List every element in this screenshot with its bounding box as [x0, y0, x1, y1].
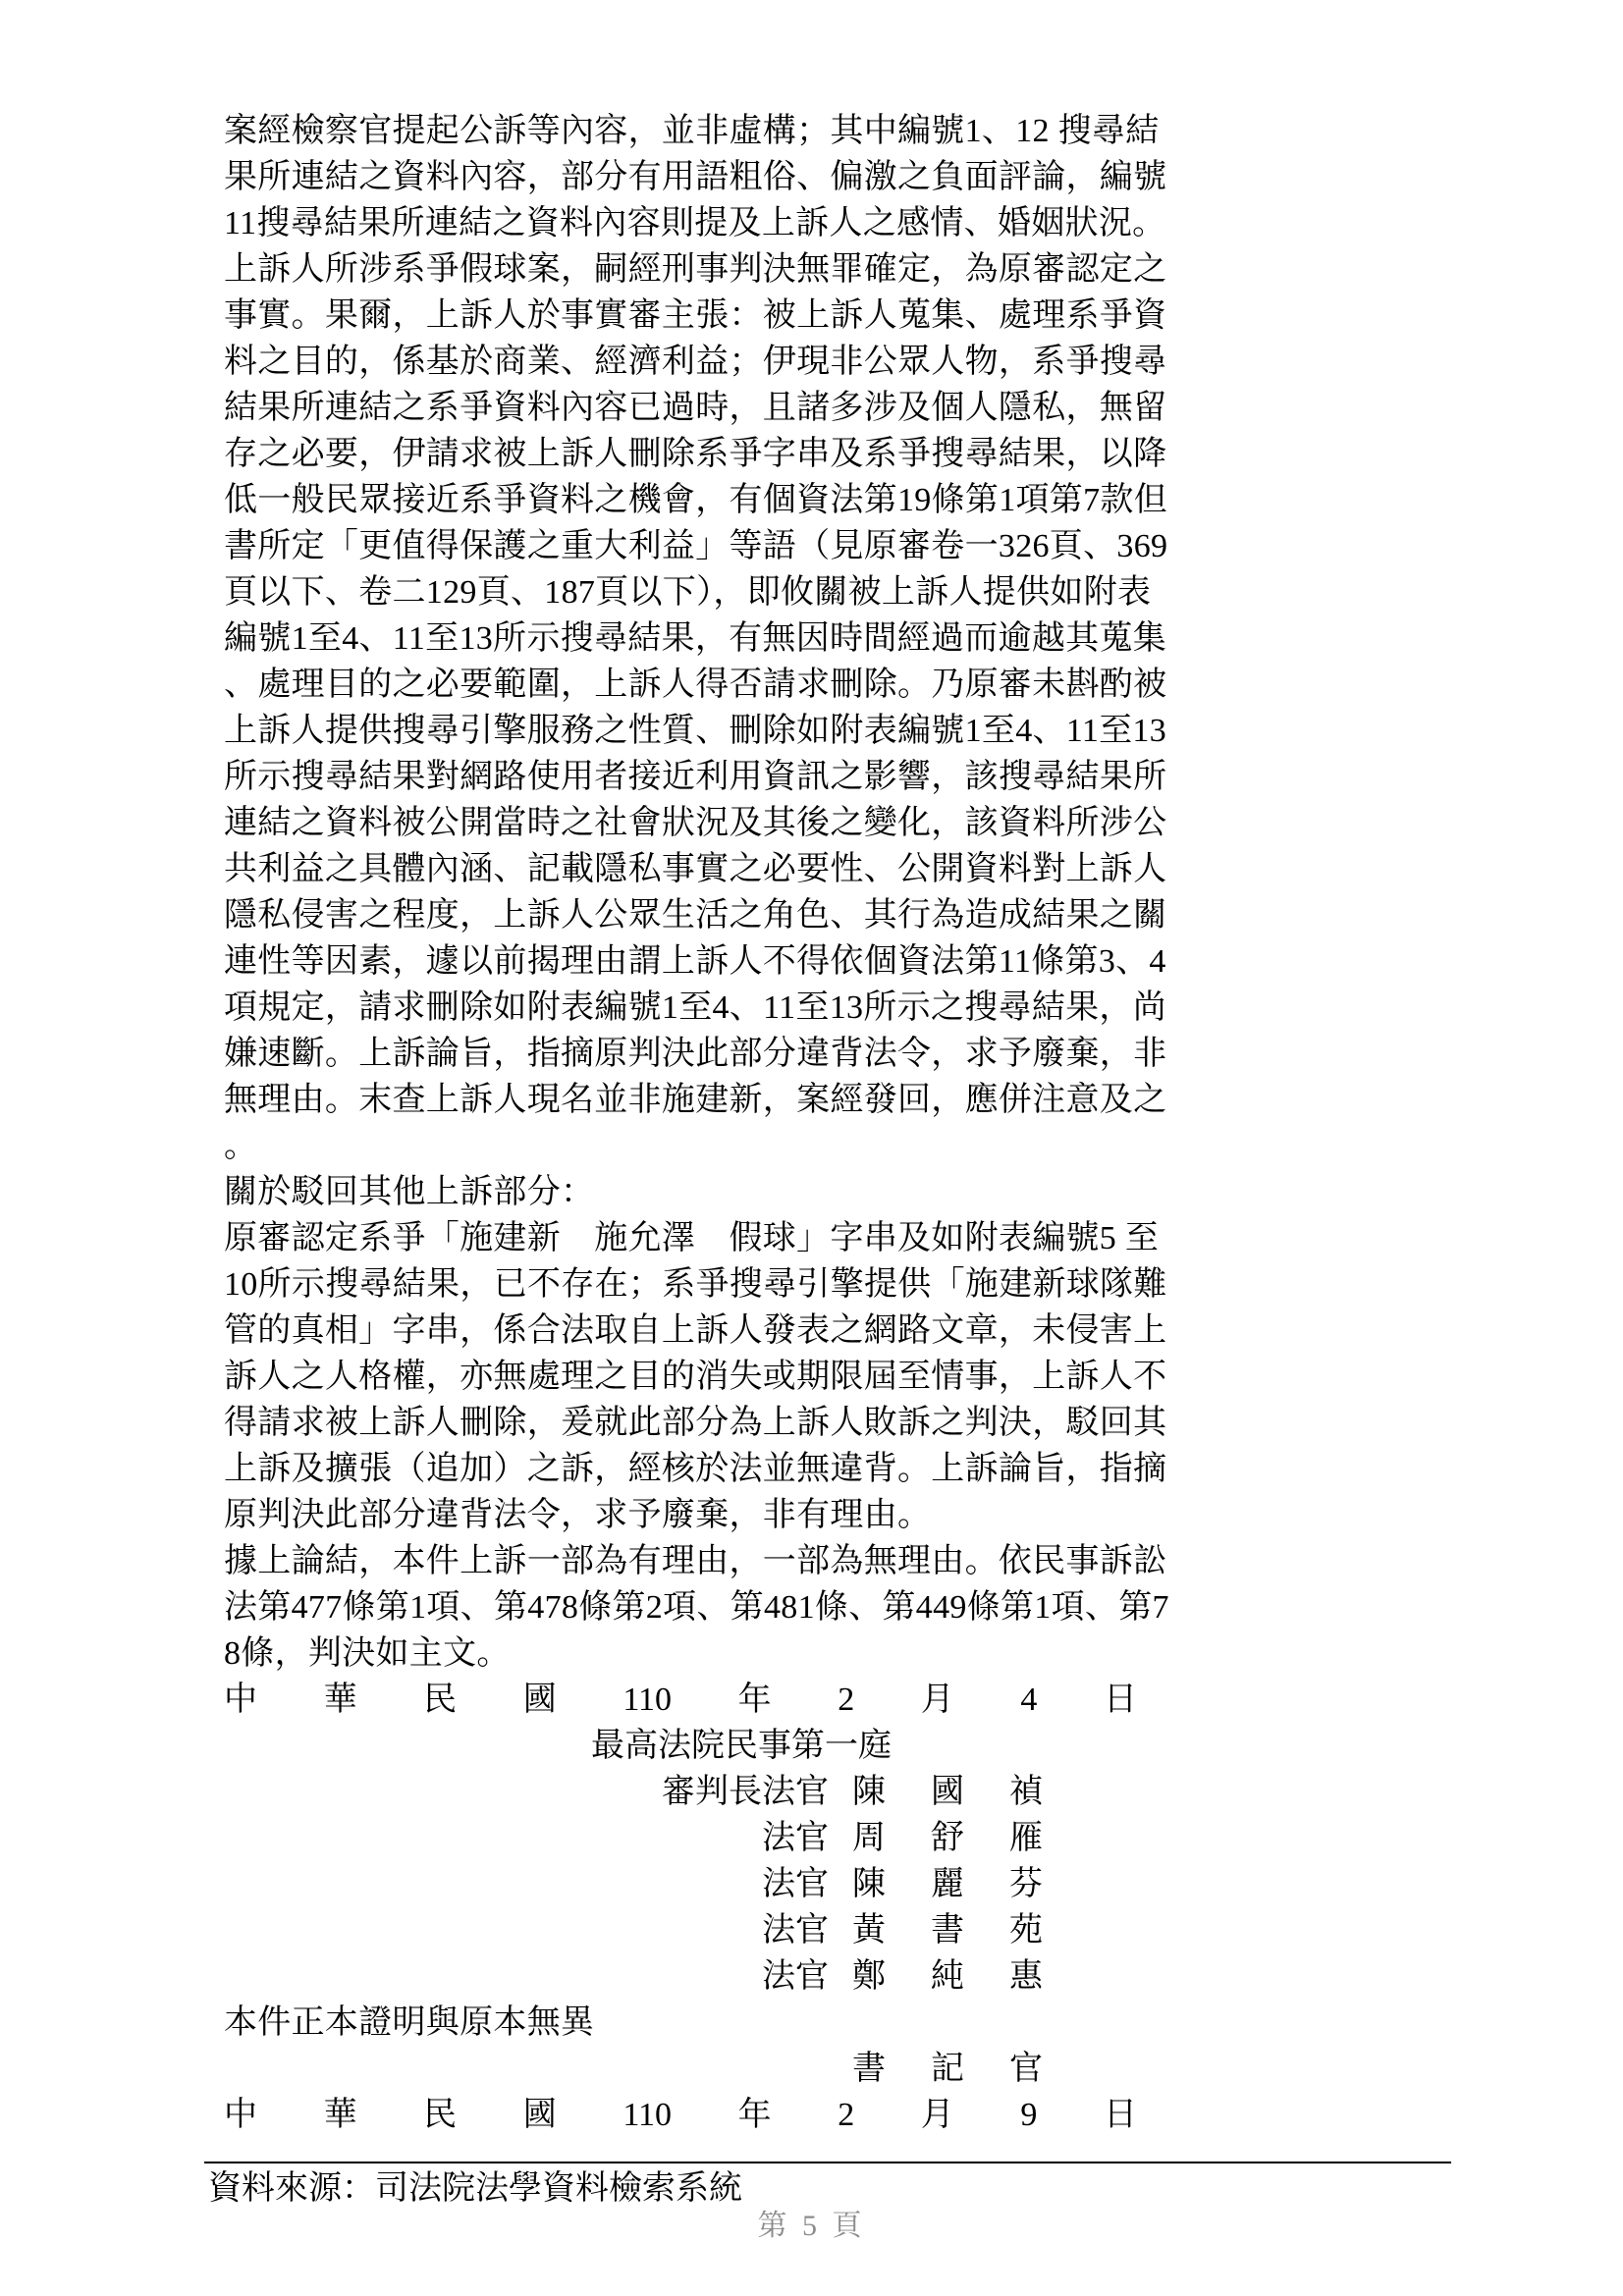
- court-name: 最高法院民事第一庭: [224, 1723, 1166, 1769]
- judge-name-char: 陳: [852, 1861, 886, 1907]
- judge-signature: 法官 陳 麗 芬: [224, 1861, 1166, 1907]
- date-token: 110: [622, 2092, 672, 2138]
- text-line: 管的真相」字串，係合法取自上訴人發表之網路文章，未侵害上: [224, 1308, 1166, 1354]
- judge-role: 法官: [224, 1861, 829, 1907]
- text-line: 頁以下、卷二129頁、187頁以下），即攸關被上訴人提供如附表: [224, 569, 1166, 615]
- text-line: 連性等因素，遽以前揭理由謂上訴人不得依個資法第11條第3、4: [224, 938, 1166, 985]
- text-line: 存之必要，伊請求被上訴人刪除系爭字串及系爭搜尋結果，以降: [224, 431, 1166, 477]
- judge-name-char: 舒: [931, 1815, 964, 1861]
- date-token: 華: [324, 2092, 357, 2138]
- judge-role: 審判長法官: [224, 1769, 829, 1815]
- judgment-date-line: 中 華 民 國 110 年 2 月 4 日: [224, 1677, 1137, 1723]
- text-line: 事實。果爾，上訴人於事實審主張：被上訴人蒐集、處理系爭資: [224, 293, 1166, 339]
- date-token: 年: [738, 2092, 772, 2138]
- date-token: 年: [738, 1677, 772, 1723]
- text-line: 原判決此部分違背法令，求予廢棄，非有理由。: [224, 1492, 1166, 1538]
- service-date-line: 中 華 民 國 110 年 2 月 9 日: [224, 2092, 1137, 2138]
- text-line: 隱私侵害之程度，上訴人公眾生活之角色、其行為造成結果之關: [224, 892, 1166, 938]
- text-line: 法第477條第1項、第478條第2項、第481條、第449條第1項、第7: [224, 1584, 1166, 1630]
- text-line: 11搜尋結果所連結之資料內容則提及上訴人之感情、婚姻狀況。: [224, 200, 1166, 246]
- judge-name-char: 陳: [852, 1769, 886, 1815]
- clerk-title-char: 官: [1009, 2046, 1043, 2092]
- clerk-title-char: 記: [931, 2046, 964, 2092]
- page-number: 第 5 頁: [0, 2207, 1623, 2246]
- judge-name-char: 鄭: [852, 1953, 886, 2000]
- judgment-body: 案經檢察官提起公訴等內容，並非虛構；其中編號1、12 搜尋結 果所連結之資料內容…: [224, 108, 1166, 2138]
- judge-name-char: 雁: [1009, 1815, 1043, 1861]
- date-token: 華: [324, 1677, 357, 1723]
- text-line: 上訴人提供搜尋引擎服務之性質、刪除如附表編號1至4、11至13: [224, 708, 1166, 754]
- date-token: 民: [423, 2092, 457, 2138]
- date-token: 4: [1020, 1677, 1037, 1723]
- judge-name-char: 麗: [931, 1861, 964, 1907]
- judge-name-char: 芬: [1009, 1861, 1043, 1907]
- judge-signature: 法官 黃 書 苑: [224, 1907, 1166, 1953]
- judge-name-char: 黃: [852, 1907, 886, 1953]
- judge-signature: 法官 鄭 純 惠: [224, 1953, 1166, 2000]
- judge-role: 法官: [224, 1815, 829, 1861]
- text-line: 8條，判決如主文。: [224, 1630, 1166, 1677]
- text-line: 上訴人所涉系爭假球案，嗣經刑事判決無罪確定，為原審認定之: [224, 246, 1166, 293]
- text-line: 編號1至4、11至13所示搜尋結果，有無因時間經過而逾越其蒐集: [224, 615, 1166, 662]
- text-line: 訴人之人格權，亦無處理之目的消失或期限屆至情事，上訴人不: [224, 1354, 1166, 1400]
- judge-name-char: 苑: [1009, 1907, 1043, 1953]
- section-heading-line: 關於駁回其他上訴部分：: [224, 1169, 1166, 1215]
- judge-signature: 法官 周 舒 雁: [224, 1815, 1166, 1861]
- date-token: 日: [1104, 2092, 1137, 2138]
- judge-name-char: 周: [852, 1815, 886, 1861]
- judge-name-char: 惠: [1009, 1953, 1043, 2000]
- text-line: 連結之資料被公開當時之社會狀況及其後之變化，該資料所涉公: [224, 800, 1166, 846]
- date-token: 110: [622, 1677, 672, 1723]
- text-line: 。: [224, 1123, 1166, 1169]
- text-line: 書所定「更值得保護之重大利益」等語（見原審卷一326頁、369: [224, 523, 1166, 569]
- date-token: 國: [523, 2092, 557, 2138]
- text-line: 料之目的，係基於商業、經濟利益；伊現非公眾人物，系爭搜尋: [224, 339, 1166, 385]
- judgment-page: 案經檢察官提起公訴等內容，並非虛構；其中編號1、12 搜尋結 果所連結之資料內容…: [0, 0, 1623, 2296]
- date-token: 中: [224, 2092, 257, 2138]
- text-line: 據上論結，本件上訴一部為有理由，一部為無理由。依民事訴訟: [224, 1538, 1166, 1584]
- date-token: 國: [523, 1677, 557, 1723]
- text-line: 低一般民眾接近系爭資料之機會，有個資法第19條第1項第7款但: [224, 477, 1166, 523]
- date-token: 中: [224, 1677, 257, 1723]
- text-line: 原審認定系爭「施建新 施允澤 假球」字串及如附表編號5 至: [224, 1215, 1166, 1261]
- text-line: 上訴及擴張（追加）之訴，經核於法並無違背。上訴論旨，指摘: [224, 1446, 1166, 1492]
- date-token: 民: [423, 1677, 457, 1723]
- date-token: 日: [1104, 1677, 1137, 1723]
- judge-role: 法官: [224, 1953, 829, 2000]
- text-line: 嫌速斷。上訴論旨，指摘原判決此部分違背法令，求予廢棄，非: [224, 1031, 1166, 1077]
- text-line: 案經檢察官提起公訴等內容，並非虛構；其中編號1、12 搜尋結: [224, 108, 1166, 154]
- text-line: 結果所連結之系爭資料內容已過時，且諸多涉及個人隱私，無留: [224, 385, 1166, 431]
- clerk-signature: 書 記 官: [224, 2046, 1166, 2092]
- judge-name-char: 書: [931, 1907, 964, 1953]
- judge-role: 法官: [224, 1907, 829, 1953]
- judge-name-char: 國: [931, 1769, 964, 1815]
- judge-name-char: 純: [931, 1953, 964, 2000]
- text-line: 得請求被上訴人刪除，爰就此部分為上訴人敗訴之判決，駁回其: [224, 1400, 1166, 1446]
- footer-divider: [204, 2162, 1451, 2163]
- text-line: 所示搜尋結果對網路使用者接近利用資訊之影響，該搜尋結果所: [224, 754, 1166, 800]
- text-line: 、處理目的之必要範圍，上訴人得否請求刪除。乃原審未斟酌被: [224, 662, 1166, 708]
- date-token: 2: [838, 1677, 854, 1723]
- certification-line: 本件正本證明與原本無異: [224, 2000, 1166, 2046]
- text-line: 無理由。末查上訴人現名並非施建新，案經發回，應併注意及之: [224, 1077, 1166, 1123]
- judge-signature: 審判長法官 陳 國 禎: [224, 1769, 1166, 1815]
- source-note: 資料來源：司法院法學資料檢索系統: [208, 2165, 742, 2212]
- text-line: 共利益之具體內涵、記載隱私事實之必要性、公開資料對上訴人: [224, 846, 1166, 892]
- date-token: 月: [921, 1677, 954, 1723]
- date-token: 2: [838, 2092, 854, 2138]
- date-token: 9: [1020, 2092, 1037, 2138]
- text-line: 項規定，請求刪除如附表編號1至4、11至13所示之搜尋結果，尚: [224, 985, 1166, 1031]
- text-line: 果所連結之資料內容，部分有用語粗俗、偏激之負面評論，編號: [224, 154, 1166, 200]
- text-line: 10所示搜尋結果，已不存在；系爭搜尋引擎提供「施建新球隊難: [224, 1261, 1166, 1308]
- judge-name-char: 禎: [1009, 1769, 1043, 1815]
- date-token: 月: [921, 2092, 954, 2138]
- clerk-title-char: 書: [852, 2046, 886, 2092]
